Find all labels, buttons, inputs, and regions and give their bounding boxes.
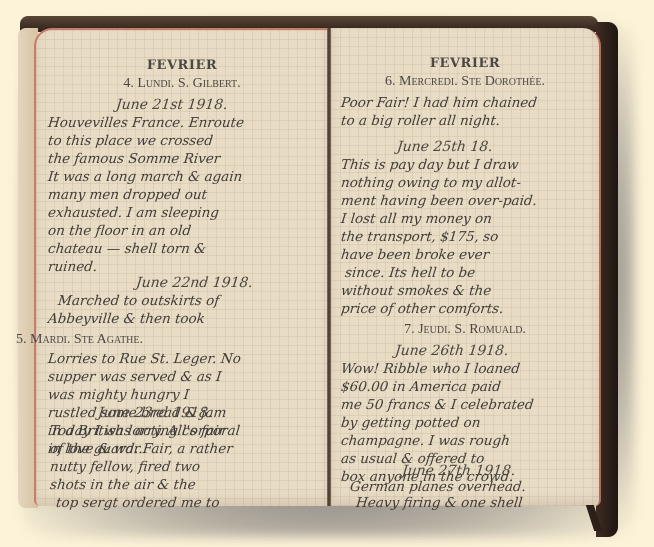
entry-date-june-22: June 22nd 1918.	[135, 274, 254, 294]
entry-line: was mighty hungry I	[47, 386, 190, 406]
month-heading: FEVRIER	[331, 56, 599, 71]
entry-line: without smokes & the	[340, 282, 492, 302]
entry-line: Heavy firing & one shell	[355, 494, 523, 514]
entry-line: on the floor in an old	[47, 222, 192, 242]
entry-line: It was a long march & again	[47, 168, 243, 188]
entry-line: $60.00 in America paid	[340, 378, 502, 398]
entry-line: champagne. I was rough	[340, 432, 511, 452]
entry-line: Wow! Ribble who I loaned	[340, 360, 521, 380]
entry-line: shots in the air & the	[49, 476, 197, 496]
entry-line: nothing owing to my allot-	[340, 174, 522, 194]
entry-line: Marched to outskirts of	[57, 292, 220, 312]
entry-line: have been broke ever	[340, 246, 490, 266]
entry-line: I lost all my money on	[340, 210, 493, 230]
entry-date-june-26: June 26th 1918.	[394, 342, 509, 362]
entry-line: price of other comforts.	[340, 300, 504, 320]
entry-line: chateau — shell torn &	[47, 240, 207, 260]
day-heading-7: 7. Jeudi. S. Romuald.	[331, 322, 599, 338]
entry-date-june-25: June 25th 18.	[396, 138, 494, 158]
entry-line: ment having been over-paid.	[340, 192, 538, 212]
entry-line: since. Its hell to be	[344, 264, 476, 284]
entry-line: many men dropped out	[47, 186, 208, 206]
entry-line: top sergt ordered me to	[55, 494, 220, 514]
entry-line: Today I was acting corporal	[49, 422, 241, 442]
entry-date-june-23: June 23rd 1918.	[97, 404, 213, 424]
entry-line: Poor Fair! I had him chained	[340, 94, 538, 114]
entry-line: Houvevilles France. Enroute	[47, 114, 245, 134]
day-heading-6: 6. Mercredi. Ste Dorothée.	[331, 74, 599, 90]
entry-line: to this place we crossed	[47, 132, 214, 152]
entry-line: of the guard. Fair, a rather	[49, 440, 234, 460]
entry-line: Abbeyville & then took	[47, 310, 206, 330]
entry-line: ruined.	[47, 258, 98, 278]
entry-line: nutty fellow, fired two	[49, 458, 201, 478]
right-page: FEVRIER 6. Mercredi. Ste Dorothée. Poor …	[331, 28, 601, 506]
entry-line: the famous Somme River	[47, 150, 221, 170]
entry-line: me 50 francs & I celebrated	[340, 396, 535, 416]
entry-date-june-21: June 21st 1918.	[115, 96, 229, 116]
entry-line: the transport, $175, so	[340, 228, 499, 248]
month-heading: FEVRIER	[36, 58, 328, 73]
entry-line: supper was served & as I	[47, 368, 222, 388]
entry-line: by getting potted on	[340, 414, 481, 434]
diary-photo: FEVRIER 4. Lundi. S. Gilbert. June 21st …	[0, 0, 654, 547]
day-heading-4: 4. Lundi. S. Gilbert.	[36, 76, 328, 92]
entry-line: to a big roller all night.	[340, 112, 501, 132]
entry-line: Lorries to Rue St. Leger. No	[47, 350, 242, 370]
entry-line: This is pay day but I draw	[340, 156, 519, 176]
day-heading-5: 5. Mardi. Ste Agathe.	[16, 332, 308, 348]
entry-line: exhausted. I am sleeping	[47, 204, 220, 224]
